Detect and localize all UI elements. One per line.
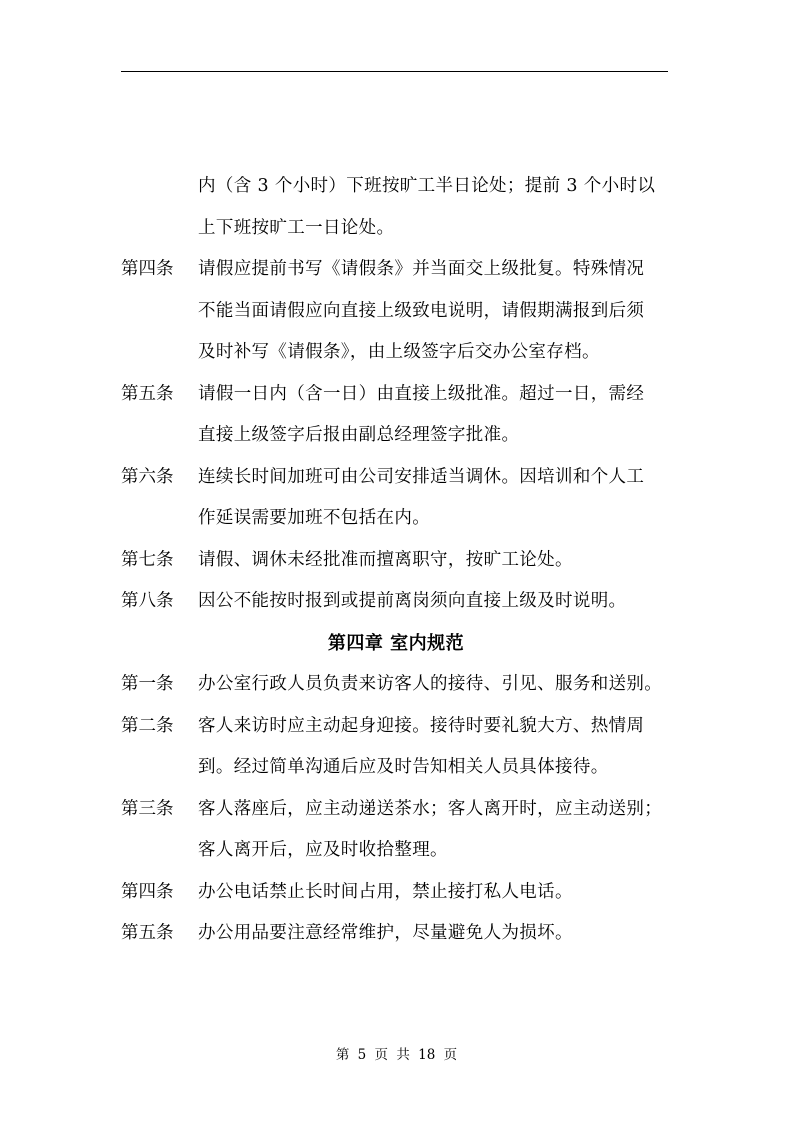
paragraph-line: 第二条 客人来访时应主动起身迎接。接待时要礼貌大方、热情周 bbox=[121, 706, 671, 748]
article-text: 直接上级签字后报由副总经理签字批准。 bbox=[198, 415, 519, 457]
article-text: 请假、调休未经批准而擅离职守，按旷工论处。 bbox=[198, 540, 573, 582]
paragraph-line: 内（含 3 个小时）下班按旷工半日论处；提前 3 个小时以 bbox=[121, 166, 671, 208]
article-text: 因公不能按时报到或提前离岗须向直接上级及时说明。 bbox=[198, 581, 626, 623]
paragraph-line: 作延误需要加班不包括在内。 bbox=[121, 498, 671, 540]
article-text: 上下班按旷工一日论处。 bbox=[198, 208, 394, 250]
article-label: 第七条 bbox=[121, 540, 197, 582]
article-text: 到。经过简单沟通后应及时告知相关人员具体接待。 bbox=[198, 747, 609, 789]
article-label: 第六条 bbox=[121, 457, 197, 499]
article-label: 第二条 bbox=[121, 706, 197, 748]
article-text: 客人来访时应主动起身迎接。接待时要礼貌大方、热情周 bbox=[198, 706, 644, 748]
paragraph-line: 第四条 办公电话禁止长时间占用，禁止接打私人电话。 bbox=[121, 872, 671, 914]
paragraph-line: 上下班按旷工一日论处。 bbox=[121, 208, 671, 250]
paragraph-line: 及时补写《请假条》，由上级签字后交办公室存档。 bbox=[121, 332, 671, 374]
article-label: 第五条 bbox=[121, 374, 197, 416]
paragraph-line: 直接上级签字后报由副总经理签字批准。 bbox=[121, 415, 671, 457]
article-label: 第三条 bbox=[121, 789, 197, 831]
article-text: 客人落座后，应主动递送茶水；客人离开时，应主动送别； bbox=[198, 789, 662, 831]
article-text: 及时补写《请假条》，由上级签字后交办公室存档。 bbox=[198, 332, 600, 374]
header-rule bbox=[121, 71, 668, 72]
article-text: 客人离开后，应及时收拾整理。 bbox=[198, 830, 448, 872]
article-label: 第八条 bbox=[121, 581, 197, 623]
article-text: 办公电话禁止长时间占用，禁止接打私人电话。 bbox=[198, 872, 573, 914]
paragraph-line: 第五条 请假一日内（含一日）由直接上级批准。超过一日，需经 bbox=[121, 374, 671, 416]
article-text: 不能当面请假应向直接上级致电说明，请假期满报到后须 bbox=[198, 291, 644, 333]
paragraph-line: 第三条 客人落座后，应主动递送茶水；客人离开时，应主动送别； bbox=[121, 789, 671, 831]
paragraph-line: 第五条 办公用品要注意经常维护，尽量避免人为损坏。 bbox=[121, 913, 671, 955]
article-label: 第五条 bbox=[121, 913, 197, 955]
page-number-footer: 第 5 页 共 18 页 bbox=[0, 1045, 793, 1065]
paragraph-line: 不能当面请假应向直接上级致电说明，请假期满报到后须 bbox=[121, 291, 671, 333]
article-text: 内（含 3 个小时）下班按旷工半日论处；提前 3 个小时以 bbox=[198, 166, 655, 208]
paragraph-line: 客人离开后，应及时收拾整理。 bbox=[121, 830, 671, 872]
article-text: 办公用品要注意经常维护，尽量避免人为损坏。 bbox=[198, 913, 573, 955]
paragraph-line: 第八条 因公不能按时报到或提前离岗须向直接上级及时说明。 bbox=[121, 581, 671, 623]
paragraph-line: 第六条 连续长时间加班可由公司安排适当调休。因培训和个人工 bbox=[121, 457, 671, 499]
article-text: 请假一日内（含一日）由直接上级批准。超过一日，需经 bbox=[198, 374, 644, 416]
paragraph-line: 第七条 请假、调休未经批准而擅离职守，按旷工论处。 bbox=[121, 540, 671, 582]
chapter-heading: 第四章 室内规范 bbox=[121, 623, 671, 665]
article-label: 第四条 bbox=[121, 249, 197, 291]
article-text: 请假应提前书写《请假条》并当面交上级批复。特殊情况 bbox=[198, 249, 644, 291]
article-label: 第一条 bbox=[121, 664, 197, 706]
article-text: 作延误需要加班不包括在内。 bbox=[198, 498, 430, 540]
article-text: 办公室行政人员负责来访客人的接待、引见、服务和送别。 bbox=[198, 664, 662, 706]
paragraph-line: 第四条 请假应提前书写《请假条》并当面交上级批复。特殊情况 bbox=[121, 249, 671, 291]
paragraph-line: 第一条 办公室行政人员负责来访客人的接待、引见、服务和送别。 bbox=[121, 664, 671, 706]
document-body: 内（含 3 个小时）下班按旷工半日论处；提前 3 个小时以 上下班按旷工一日论处… bbox=[121, 166, 671, 955]
article-label: 第四条 bbox=[121, 872, 197, 914]
article-text: 连续长时间加班可由公司安排适当调休。因培训和个人工 bbox=[198, 457, 644, 499]
paragraph-line: 到。经过简单沟通后应及时告知相关人员具体接待。 bbox=[121, 747, 671, 789]
